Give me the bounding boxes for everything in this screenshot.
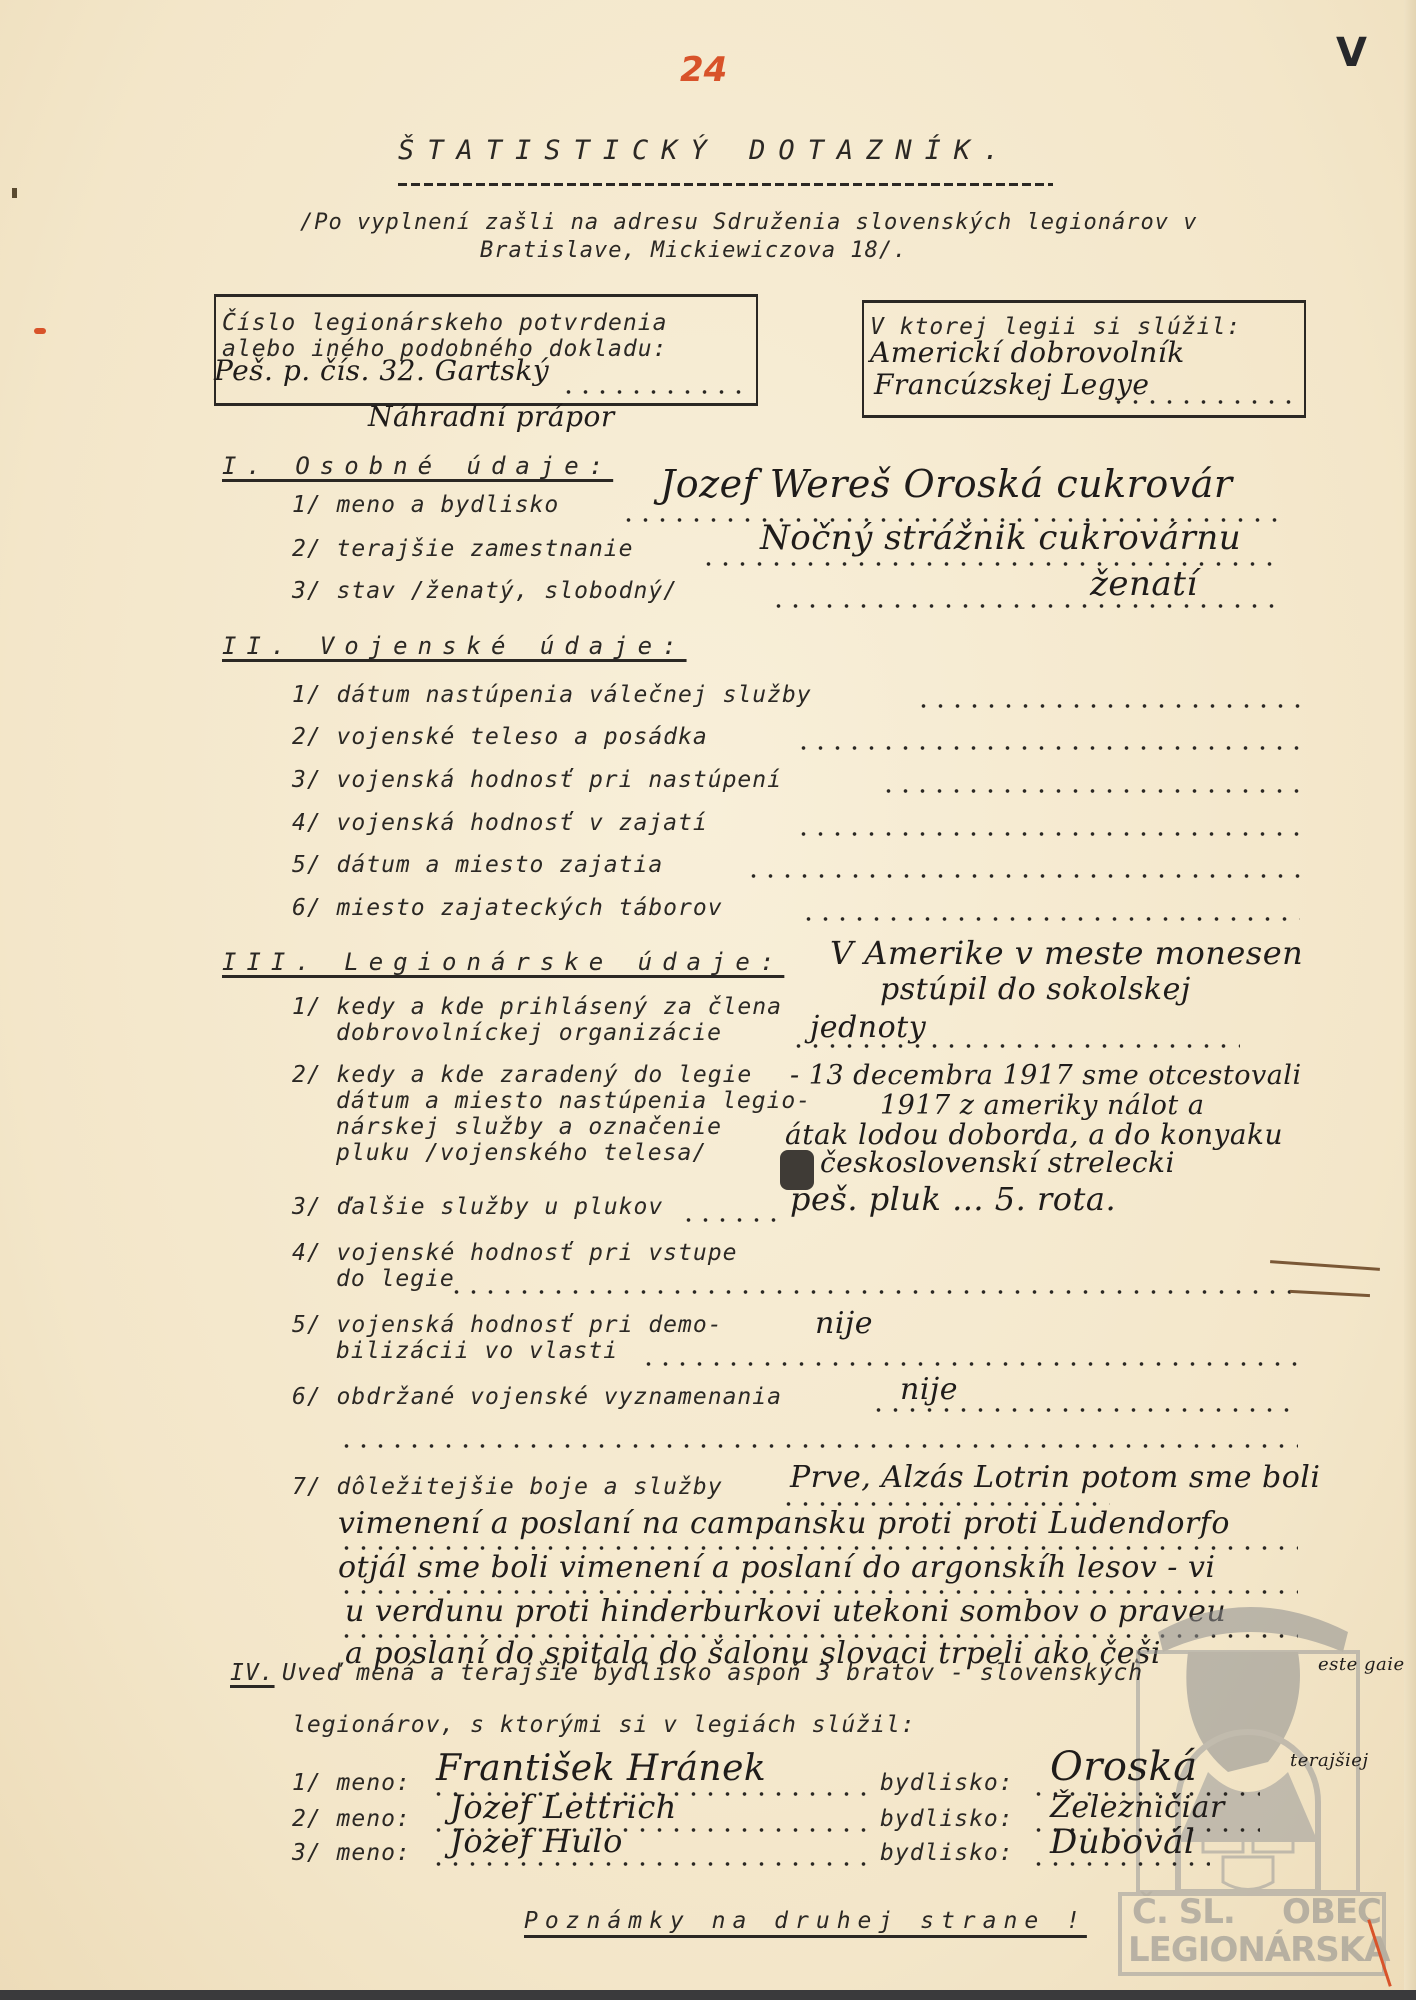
s3-item-2-value-1[interactable]: - 13 decembra 1917 sme otcestovali bbox=[790, 1060, 1302, 1091]
s2-item-1-label: 1/ dátum nastúpenia válečnej služby bbox=[292, 682, 812, 708]
dotted-line bbox=[640, 1362, 1300, 1366]
dotted-line bbox=[1110, 400, 1295, 404]
certificate-label-1: Číslo legionárskeho potvrdenia bbox=[222, 310, 667, 336]
dotted-line bbox=[430, 1862, 870, 1866]
s1-item-1-value[interactable]: Jozef Wereš Oroská cukrovár bbox=[660, 462, 1233, 506]
s3-item-7-value-3[interactable]: otjál sme boli vimenení a poslaní do arg… bbox=[338, 1550, 1216, 1585]
s1-item-3-label: 3/ stav /ženatý, slobodný/ bbox=[292, 578, 678, 604]
s3-item-2-value-4[interactable]: československí strelecki bbox=[820, 1146, 1175, 1179]
s4-entry-1-addr-note: terajšiej bbox=[1290, 1750, 1369, 1771]
s3-item-7-value-4[interactable]: u verdunu proti hinderburkovi utekoni so… bbox=[345, 1594, 1226, 1629]
s3-item-4-label-2: do legie bbox=[336, 1266, 455, 1292]
s3-item-3-value[interactable]: peš. pluk ... 5. rota. bbox=[790, 1180, 1116, 1218]
watermark-text-legionarska: LEGIONÁRSKA bbox=[1128, 1930, 1389, 1970]
s1-item-1-label: 1/ meno a bydlisko bbox=[292, 492, 559, 518]
s3-item-2-label-1: 2/ kedy a kde zaradený do legie bbox=[292, 1062, 752, 1088]
dotted-line bbox=[680, 1218, 780, 1222]
s2-item-4-label: 4/ vojenská hodnosť v zajatí bbox=[292, 810, 708, 836]
section-2-heading-text: II. Vojenské údaje: bbox=[222, 632, 687, 660]
s3-item-2-value-2[interactable]: 1917 z ameriky nálot a bbox=[880, 1090, 1204, 1121]
margin-speck bbox=[12, 188, 17, 198]
section-2-heading: II. Vojenské údaje: bbox=[222, 632, 687, 660]
document-title: ŠTATISTICKÝ DOTAZNÍK. bbox=[398, 135, 1012, 166]
s4-entry-3-addr-label: bydlisko: bbox=[880, 1840, 1014, 1866]
s1-item-2-value[interactable]: Nočný strážnik cukrovárnu bbox=[760, 518, 1241, 558]
dotted-line bbox=[870, 1408, 1300, 1412]
s4-entry-3-addr[interactable]: Dubovál bbox=[1050, 1822, 1195, 1862]
s3-item-2-label-3: nárskej služby a označenie bbox=[336, 1114, 722, 1140]
watermark-text-obec: OBEC bbox=[1282, 1892, 1381, 1932]
s4-entry-2-name-label: 2/ meno: bbox=[292, 1806, 411, 1832]
s3-item-6-label: 6/ obdržané vojenské vyznamenania bbox=[292, 1384, 782, 1410]
s3-item-6-value[interactable]: nije bbox=[900, 1372, 958, 1407]
s3-item-5-label-1: 5/ vojenská hodnosť pri demo- bbox=[292, 1312, 723, 1338]
section-3-heading: III. Legionárske údaje: bbox=[222, 948, 784, 976]
legion-served-value-1[interactable]: Americkí dobrovolník bbox=[870, 336, 1185, 369]
dotted-line bbox=[770, 604, 1280, 608]
s2-item-5-field[interactable] bbox=[745, 874, 1300, 878]
section-1-heading: I. Osobné údaje: bbox=[222, 452, 613, 480]
s3-item-4-field[interactable] bbox=[448, 1290, 1298, 1294]
page-right-edge bbox=[1404, 0, 1416, 2000]
s3-item-1-label-2: dobrovolníckej organizácie bbox=[336, 1020, 722, 1046]
s3-item-7-value-2[interactable]: vimenení a poslaní na campansku proti pr… bbox=[338, 1506, 1230, 1541]
s3-heading-note[interactable]: V Amerike v meste monesen bbox=[830, 934, 1303, 972]
s4-entry-1-name[interactable]: František Hránek bbox=[436, 1748, 766, 1789]
s2-item-2-label: 2/ vojenské teleso a posádka bbox=[292, 724, 708, 750]
section-3-heading-text: III. Legionárske údaje: bbox=[222, 948, 784, 976]
instruction-line-2: Bratislave, Mickiewiczova 18/. bbox=[480, 238, 907, 263]
s4-entry-3-name-label: 3/ meno: bbox=[292, 1840, 411, 1866]
section-4-heading-2: legionárov, s ktorými si v legiách slúži… bbox=[292, 1712, 916, 1738]
check-mark: V bbox=[1336, 30, 1367, 76]
s3-item-5-value[interactable]: nije bbox=[815, 1306, 873, 1341]
s3-item-2-label-4: pluku /vojenského telesa/ bbox=[336, 1140, 707, 1166]
s4-entry-1-addr-label: bydlisko: bbox=[880, 1770, 1014, 1796]
s4-entry-2-addr-label: bydlisko: bbox=[880, 1806, 1014, 1832]
certificate-number-overflow: Náhradní prápor bbox=[368, 400, 615, 433]
s3-item-1-label-1: 1/ kedy a kde prihlásený za člena bbox=[292, 994, 782, 1020]
s2-item-5-label: 5/ dátum a miesto zajatia bbox=[292, 852, 663, 878]
legion-served-value-2[interactable]: Francúzskej Legye bbox=[874, 368, 1149, 401]
s3-item-3-label: 3/ ďalšie služby u plukov bbox=[292, 1194, 663, 1220]
s4-entry-2-name[interactable]: Jozef Lettrich bbox=[450, 1788, 677, 1826]
page-number-mark: 24 bbox=[680, 50, 727, 90]
dotted-line bbox=[1030, 1862, 1210, 1866]
page-bottom-edge bbox=[0, 1990, 1416, 2000]
s3-item-5-label-2: bilizácii vo vlasti bbox=[336, 1338, 618, 1364]
s2-item-6-label: 6/ miesto zajateckých táborov bbox=[292, 895, 723, 921]
s4-entry-2-addr[interactable]: Železničiar bbox=[1050, 1790, 1225, 1825]
section-4-heading-1: Uveď mená a terajšie bydlisko aspoň 3 br… bbox=[282, 1660, 1143, 1686]
s3-item-1-value-2[interactable]: jednoty bbox=[810, 1010, 926, 1045]
s3-item-4-label-1: 4/ vojenské hodnosť pri vstupe bbox=[292, 1240, 737, 1266]
s1-item-3-value[interactable]: ženatí bbox=[1090, 564, 1198, 604]
watermark-text-csl: Č. SL. bbox=[1132, 1892, 1235, 1932]
s4-entry-3-name[interactable]: Jozef Hulo bbox=[450, 1822, 623, 1860]
certificate-number-value[interactable]: Peš. p. čís. 32. Gartský bbox=[214, 354, 549, 387]
s2-item-3-field[interactable] bbox=[880, 789, 1300, 793]
footer-note: Poznámky na druhej strane ! bbox=[524, 1908, 1087, 1934]
s3-item-7-label: 7/ dôležitejšie boje a služby bbox=[292, 1474, 723, 1500]
s1-item-2-label: 2/ terajšie zamestnanie bbox=[292, 536, 634, 562]
s4-entry-1-addr[interactable]: Oroská bbox=[1050, 1744, 1198, 1790]
dotted-line bbox=[560, 390, 750, 394]
s3-item-1-value-1[interactable]: pstúpil do sokolskej bbox=[880, 972, 1191, 1007]
s2-item-3-label: 3/ vojenská hodnosť pri nastúpení bbox=[292, 767, 782, 793]
s4-entry-1-name-label: 1/ meno: bbox=[292, 1770, 411, 1796]
section-4-heading-note: este gaie bbox=[1318, 1654, 1405, 1675]
s3-item-7-value-1[interactable]: Prve, Alzás Lotrin potom sme boli bbox=[790, 1460, 1320, 1495]
s2-item-4-field[interactable] bbox=[795, 832, 1300, 836]
red-speck bbox=[34, 328, 46, 334]
s2-item-6-field[interactable] bbox=[800, 917, 1300, 921]
s2-item-1-field[interactable] bbox=[915, 704, 1300, 708]
instruction-line-1: /Po vyplnení zašli na adresu Sdruženia s… bbox=[300, 210, 1197, 235]
title-dashed-rule bbox=[398, 183, 1053, 186]
dotted-line bbox=[338, 1444, 1298, 1448]
s3-item-2-label-2: dátum a miesto nastúpenia legio- bbox=[336, 1088, 811, 1114]
section-4-number: IV. bbox=[230, 1660, 275, 1686]
section-1-heading-text: I. Osobné údaje: bbox=[222, 452, 613, 480]
s2-item-2-field[interactable] bbox=[795, 746, 1300, 750]
